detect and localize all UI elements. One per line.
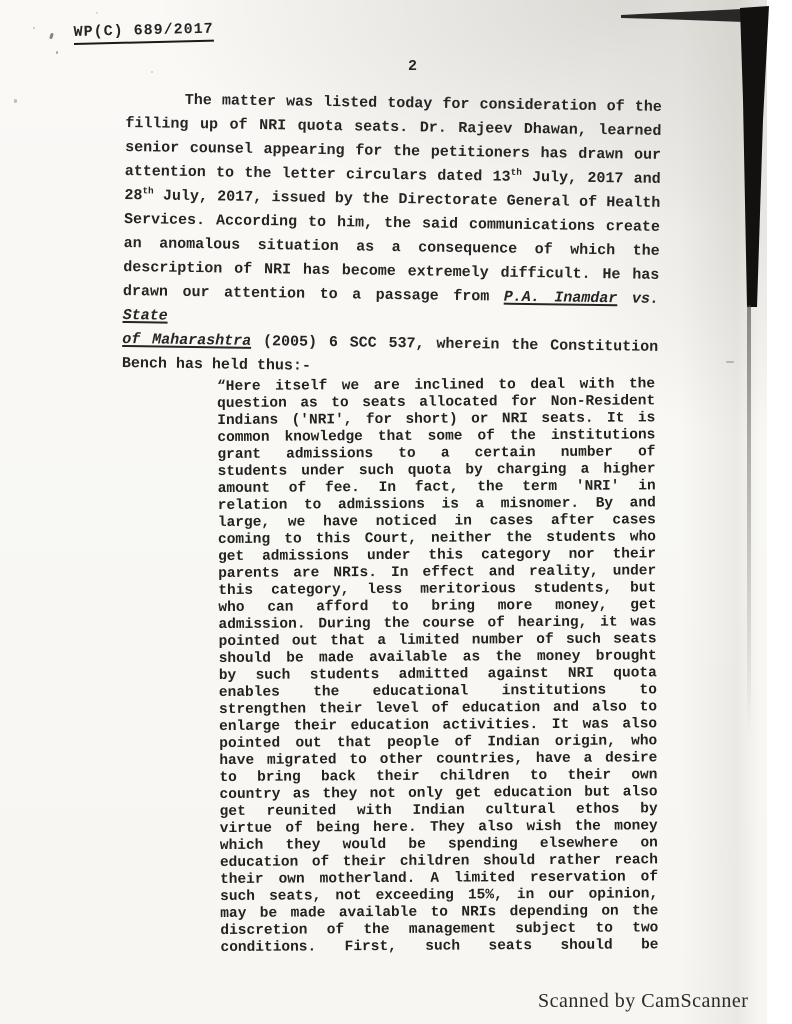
text-segment: The matter was listed today for consider… bbox=[185, 92, 662, 116]
case-number: WP(C) 689/2017 bbox=[73, 21, 214, 45]
text-segment: enables the educational institutions to bbox=[219, 682, 657, 701]
text-segment: “Here itself we are inclined to deal wit… bbox=[217, 376, 655, 395]
text-segment: this category, less meritorious students… bbox=[218, 580, 656, 599]
text-segment: to bring back their children to their ow… bbox=[219, 767, 657, 786]
scan-right-gutter bbox=[767, 0, 792, 1024]
text-segment: relation to admissions is a misnomer. By… bbox=[218, 495, 656, 514]
text-segment: may be made available to NRIs depending … bbox=[220, 903, 658, 922]
text-segment: who can afford to bring more money, get bbox=[218, 597, 656, 616]
text-line: drawn our attention to a passage from P.… bbox=[122, 280, 659, 336]
text-segment: students under such quota by charging a … bbox=[218, 461, 656, 480]
text-segment: of Maharashtra bbox=[122, 331, 251, 350]
text-segment: by such students admitted against NRI qu… bbox=[219, 665, 657, 684]
text-segment: Indians ('NRI', for short) or NRI seats.… bbox=[217, 410, 655, 429]
text-line: conditions. First, such seats should be bbox=[220, 937, 658, 957]
text-segment: (2005) 6 SCC 537, wherein the Constituti… bbox=[251, 333, 658, 356]
text-segment: discretion of the management subject to … bbox=[220, 920, 658, 939]
text-segment: should be made available as the money br… bbox=[219, 648, 657, 667]
text-segment: virtue of being here. They also wish the… bbox=[220, 818, 658, 837]
text-segment: th bbox=[511, 167, 522, 178]
text-segment: parents are NRIs. In effect and reality,… bbox=[218, 563, 656, 582]
text-segment: attention to the letter circulars dated … bbox=[125, 163, 511, 186]
text-segment: question as to seats allocated for Non-R… bbox=[217, 393, 655, 412]
text-segment: grant admissions to a certain number of bbox=[217, 444, 655, 463]
text-segment: Bench has held thus:- bbox=[122, 355, 311, 375]
text-segment: which they would be spending elsewhere o… bbox=[220, 835, 658, 854]
text-segment: get reunited with Indian cultural ethos … bbox=[220, 801, 658, 820]
camscanner-watermark: Scanned by CamScanner bbox=[538, 990, 748, 1013]
text-segment: large, we have noticed in cases after ca… bbox=[218, 512, 656, 531]
text-segment: such seats, not exceeding 15%, in our op… bbox=[220, 886, 658, 905]
scan-speck bbox=[726, 361, 734, 363]
text-segment: have migrated to other countries, have a… bbox=[219, 750, 657, 769]
text-segment: strengthen their level of education and … bbox=[219, 699, 657, 718]
text-segment: pointed out that people of Indian origin… bbox=[219, 733, 657, 752]
text-segment: State bbox=[122, 307, 167, 325]
text-segment: July, 2017, issued by the Directorate Ge… bbox=[153, 187, 660, 212]
text-segment: their own motherland. A limited reservat… bbox=[220, 869, 658, 888]
scan-speck bbox=[33, 27, 35, 29]
scan-speck bbox=[151, 71, 153, 73]
scan-speck bbox=[14, 99, 17, 103]
text-segment: 28 bbox=[124, 187, 142, 204]
text-segment: amount of fee. In fact, the term 'NRI' i… bbox=[218, 478, 656, 497]
text-segment: enlarge their education activities. It w… bbox=[219, 716, 657, 735]
scan-speck bbox=[56, 51, 58, 54]
text-segment: July, 2017 and bbox=[522, 169, 661, 188]
page-number: 2 bbox=[408, 58, 417, 75]
scan-speck bbox=[49, 33, 54, 40]
quoted-passage: “Here itself we are inclined to deal wit… bbox=[217, 376, 659, 957]
scan-speck bbox=[96, 12, 98, 14]
scanned-court-document-page: WP(C) 689/2017 2 The matter was listed t… bbox=[0, 0, 792, 1024]
text-segment: drawn our attention to a passage from bbox=[123, 283, 504, 306]
text-segment: get admissions under this category nor t… bbox=[218, 546, 656, 565]
text-segment: common knowledge that some of the instit… bbox=[217, 427, 655, 446]
text-segment: P.A. Inamdar bbox=[504, 289, 618, 308]
opinion-paragraph: The matter was listed today for consider… bbox=[122, 88, 662, 384]
text-segment: vs. bbox=[617, 290, 659, 308]
text-segment: country as they not only get education b… bbox=[219, 784, 657, 803]
text-segment: coming to this Court, neither the studen… bbox=[218, 529, 656, 548]
text-segment: education of their children should rathe… bbox=[220, 852, 658, 871]
text-segment: pointed out that a limited number of suc… bbox=[219, 631, 657, 650]
text-segment: conditions. First, such seats should be bbox=[220, 937, 658, 956]
text-segment: admission. During the course of hearing,… bbox=[218, 614, 656, 633]
text-segment: th bbox=[142, 185, 153, 196]
